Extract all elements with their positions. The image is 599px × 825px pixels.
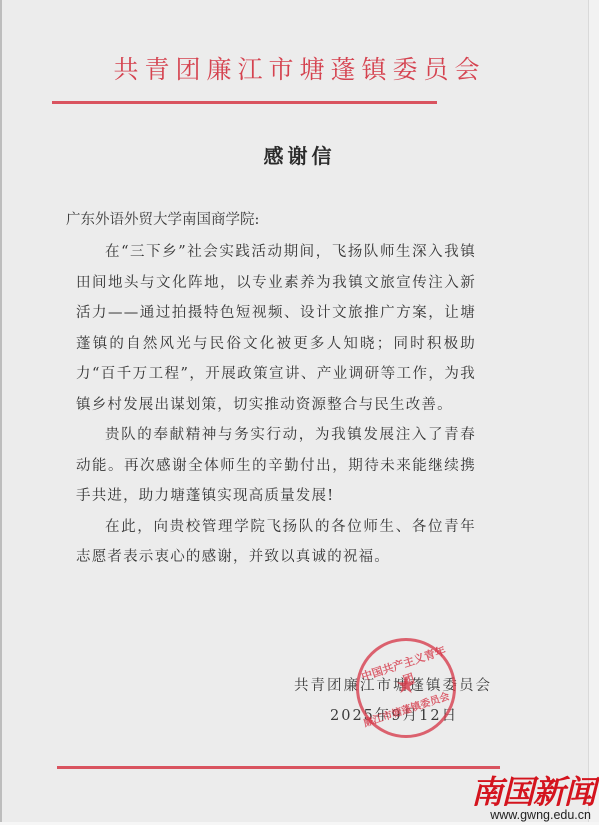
letterhead-red-rule [52, 101, 437, 104]
letter-body: 在“三下乡”社会实践活动期间，飞扬队师生深入我镇田间地头与文化阵地，以专业素养为… [76, 237, 476, 573]
body-paragraph-2: 贵队的奉献精神与务实行动，为我镇发展注入了青春动能。再次感谢全体师生的辛勤付出，… [76, 420, 476, 512]
news-watermark-url: www.gwng.edu.cn [455, 808, 591, 822]
letter-salutation: 广东外语外贸大学南国商学院: [66, 208, 259, 229]
letter-title: 感谢信 [0, 140, 599, 169]
official-seal: 中国共产主义青年团 ★ 廉江市塘蓬镇委员会 [356, 638, 456, 738]
footer-red-rule [57, 766, 500, 769]
body-paragraph-1: 在“三下乡”社会实践活动期间，飞扬队师生深入我镇田间地头与文化阵地，以专业素养为… [76, 237, 476, 420]
scan-right-edge [589, 0, 599, 825]
body-paragraph-3: 在此，向贵校管理学院飞扬队的各位师生、各位青年志愿者表示衷心的感谢，并致以真诚的… [76, 512, 476, 573]
news-watermark-logo: 南国新闻 [455, 774, 595, 810]
letterhead-org-name: 共青团廉江市塘蓬镇委员会 [0, 50, 599, 86]
